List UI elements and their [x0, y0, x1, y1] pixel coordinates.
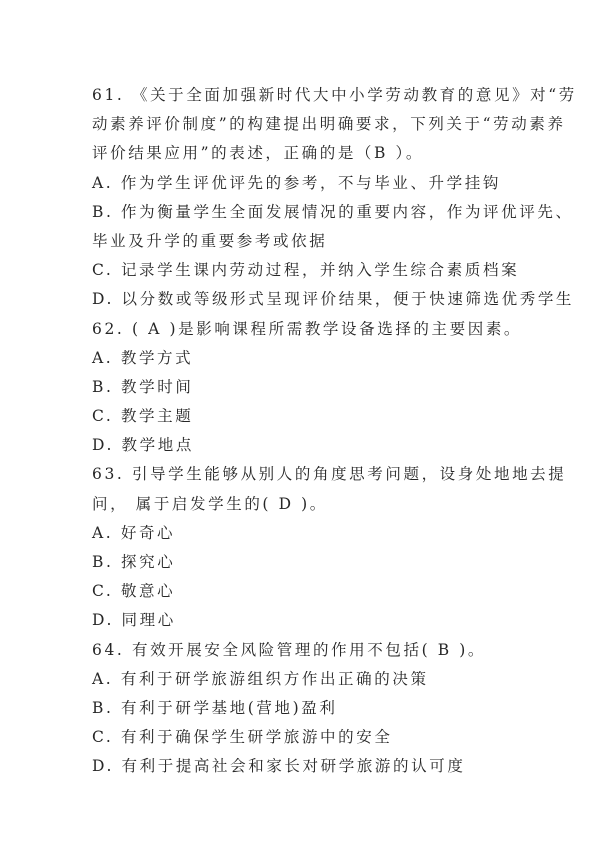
option-a: A. 有利于研学旅游组织方作出正确的决策 [92, 665, 512, 694]
option-d: D. 同理心 [92, 606, 512, 635]
option-a: A. 教学方式 [92, 344, 512, 373]
option-b: B. 探究心 [92, 548, 512, 577]
question-stem-line: 63. 引导学生能够从别人的角度思考问题，设身处地地去提 [92, 460, 512, 489]
option-c: C. 有利于确保学生研学旅游中的安全 [92, 723, 512, 752]
document-page: 61. 《关于全面加强新时代大中小学劳动教育的意见》对“劳 动素养评价制度”的构… [92, 81, 512, 782]
question-61: 61. 《关于全面加强新时代大中小学劳动教育的意见》对“劳 动素养评价制度”的构… [92, 81, 512, 315]
option-d: D. 教学地点 [92, 431, 512, 460]
question-64: 64. 有效开展安全风险管理的作用不包括( B )。 A. 有利于研学旅游组织方… [92, 636, 512, 782]
option-c: C. 敬意心 [92, 577, 512, 606]
option-c: C. 教学主题 [92, 402, 512, 431]
question-stem-line: 动素养评价制度”的构建提出明确要求，下列关于“劳动素养 [92, 110, 512, 139]
option-a: A. 作为学生评优评先的参考，不与毕业、升学挂钩 [92, 169, 512, 198]
question-stem-line: 问， 属于启发学生的( D )。 [92, 490, 512, 519]
question-stem-line: 64. 有效开展安全风险管理的作用不包括( B )。 [92, 636, 512, 665]
question-62: 62. ( A )是影响课程所需教学设备选择的主要因素。 A. 教学方式 B. … [92, 315, 512, 461]
option-d: D. 以分数或等级形式呈现评价结果，便于快速筛选优秀学生 [92, 285, 512, 314]
question-stem-line: 61. 《关于全面加强新时代大中小学劳动教育的意见》对“劳 [92, 81, 512, 110]
question-stem-line: 评价结果应用”的表述，正确的是（B ）。 [92, 139, 512, 168]
option-b: B. 有利于研学基地(营地)盈利 [92, 694, 512, 723]
option-b-continued: 毕业及升学的重要参考或依据 [92, 227, 512, 256]
option-a: A. 好奇心 [92, 519, 512, 548]
option-b: B. 作为衡量学生全面发展情况的重要内容，作为评优评先、 [92, 198, 512, 227]
question-stem-line: 62. ( A )是影响课程所需教学设备选择的主要因素。 [92, 315, 512, 344]
option-c: C. 记录学生课内劳动过程，并纳入学生综合素质档案 [92, 256, 512, 285]
option-b: B. 教学时间 [92, 373, 512, 402]
question-63: 63. 引导学生能够从别人的角度思考问题，设身处地地去提 问， 属于启发学生的(… [92, 460, 512, 635]
option-d: D. 有利于提高社会和家长对研学旅游的认可度 [92, 752, 512, 781]
